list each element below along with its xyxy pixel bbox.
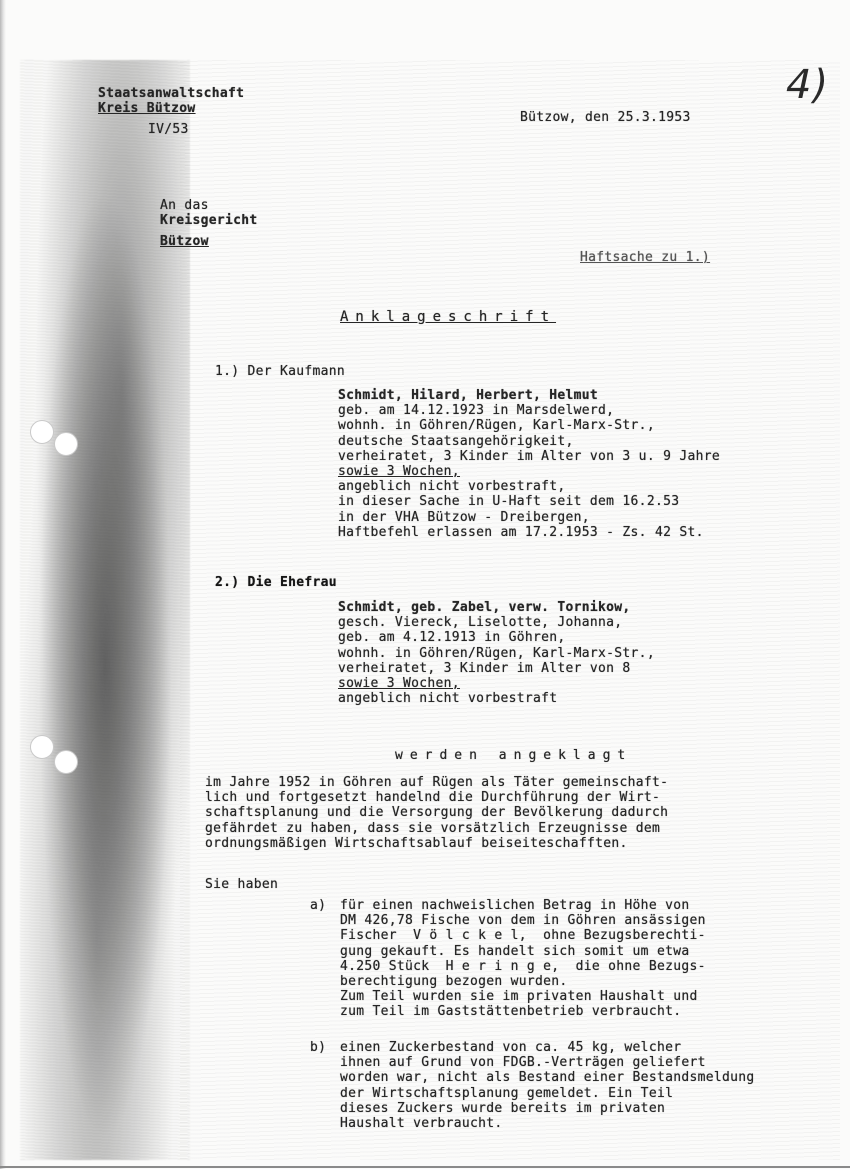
punch-hole [54, 432, 78, 456]
defendant-name: Schmidt, geb. Zabel, verw. Tornikow, [338, 600, 655, 615]
reference-number: IV/53 [148, 122, 244, 137]
recipient-line: Bützow [160, 234, 258, 249]
defendant-2-label: 2.) Die Ehefrau [215, 575, 337, 590]
defendant-detail: Haftbefehl erlassen am 17.2.1953 - Zs. 4… [338, 525, 720, 540]
act-line: gung gekauft. Es handelt sich somit um e… [340, 944, 706, 959]
charge-line: ordnungsmäßigen Wirtschaftsablauf beisei… [205, 836, 668, 851]
defendant-detail: geb. am 14.12.1923 in Marsdelwerd, [338, 403, 720, 418]
defendant-name: Schmidt, Hilard, Herbert, Helmut [338, 388, 720, 403]
defendant-detail: verheiratet, 3 Kinder im Alter von 3 u. … [338, 449, 720, 464]
act-b-text: einen Zuckerbestand von ca. 45 kg, welch… [340, 1040, 754, 1131]
defendant-1-label: 1.) Der Kaufmann [215, 364, 345, 379]
defendant-detail: verheiratet, 3 Kinder im Alter von 8 [338, 661, 655, 676]
sender-line: Staatsanwaltschaft [98, 86, 244, 101]
acts-intro: Sie haben [205, 877, 278, 892]
act-a-marker: a) [310, 898, 326, 913]
place-date: Bützow, den 25.3.1953 [520, 110, 691, 125]
defendant-detail: geb. am 4.12.1913 in Göhren, [338, 630, 655, 645]
charge-paragraph: im Jahre 1952 in Göhren auf Rügen als Tä… [205, 775, 668, 851]
act-line: der Wirtschaftsplanung gemeldet. Ein Tei… [340, 1086, 754, 1101]
sender-line: Kreis Bützow [98, 101, 244, 116]
act-line: für einen nachweislichen Betrag in Höhe … [340, 898, 706, 913]
custody-note: Haftsache zu 1.) [580, 250, 710, 265]
act-line: worden war, nicht als Bestand einer Best… [340, 1070, 754, 1085]
binding-edge [0, 0, 6, 1169]
defendant-detail: gesch. Viereck, Liselotte, Johanna, [338, 615, 655, 630]
recipient-block: An das Kreisgericht Bützow [160, 198, 258, 250]
charge-line: lich und fortgesetzt handelnd die Durchf… [205, 790, 668, 805]
charge-line: gefährdet zu haben, dass sie vorsätzlich… [205, 821, 668, 836]
recipient-line: An das [160, 198, 258, 213]
defendant-detail: sowie 3 Wochen, [338, 464, 720, 479]
defendant-detail: in der VHA Bützow - Dreibergen, [338, 510, 720, 525]
act-line: berechtigung bezogen wurden. [340, 974, 706, 989]
sender-block: Staatsanwaltschaft Kreis Bützow IV/53 [98, 86, 244, 138]
defendant-detail: sowie 3 Wochen, [338, 676, 655, 691]
defendant-detail: wohnh. in Göhren/Rügen, Karl-Marx-Str., [338, 646, 655, 661]
act-line: 4.250 Stück H e r i n g e, die ohne Bezu… [340, 959, 706, 974]
punch-hole [30, 735, 54, 759]
defendant-1-details: Schmidt, Hilard, Herbert, Helmut geb. am… [338, 388, 720, 540]
act-line: Haushalt verbraucht. [340, 1116, 754, 1131]
document-title: Anklageschrift [340, 310, 556, 325]
act-b-marker: b) [310, 1040, 326, 1055]
charge-line: im Jahre 1952 in Göhren auf Rügen als Tä… [205, 775, 668, 790]
defendant-detail: in dieser Sache in U-Haft seit dem 16.2.… [338, 494, 720, 509]
charge-heading: werden angeklagt [395, 748, 632, 763]
defendant-detail: angeblich nicht vorbestraft, [338, 479, 720, 494]
punch-hole [54, 750, 78, 774]
act-line: dieses Zuckers wurde bereits im privaten [340, 1101, 754, 1116]
defendant-detail: angeblich nicht vorbestraft [338, 691, 655, 706]
act-line: Zum Teil wurden sie im privaten Haushalt… [340, 989, 706, 1004]
act-a-text: für einen nachweislichen Betrag in Höhe … [340, 898, 706, 1020]
charge-line: schaftsplanung und die Versorgung der Be… [205, 805, 668, 820]
punch-hole [30, 420, 54, 444]
page-bottom-edge [0, 1166, 850, 1168]
act-line: DM 426,78 Fische von dem in Göhren ansäs… [340, 913, 706, 928]
act-line: ihnen auf Grund von FDGB.-Verträgen geli… [340, 1055, 754, 1070]
defendant-detail: deutsche Staatsangehörigkeit, [338, 434, 720, 449]
act-line: einen Zuckerbestand von ca. 45 kg, welch… [340, 1040, 754, 1055]
defendant-2-details: Schmidt, geb. Zabel, verw. Tornikow, ges… [338, 600, 655, 706]
document-page: 4) Staatsanwaltschaft Kreis Bützow IV/53… [0, 0, 850, 1169]
defendant-detail: wohnh. in Göhren/Rügen, Karl-Marx-Str., [338, 418, 720, 433]
act-line: Fischer V ö l c k e l, ohne Bezugsberech… [340, 928, 706, 943]
act-line: zum Teil im Gaststättenbetrieb verbrauch… [340, 1004, 706, 1019]
recipient-line: Kreisgericht [160, 213, 258, 228]
